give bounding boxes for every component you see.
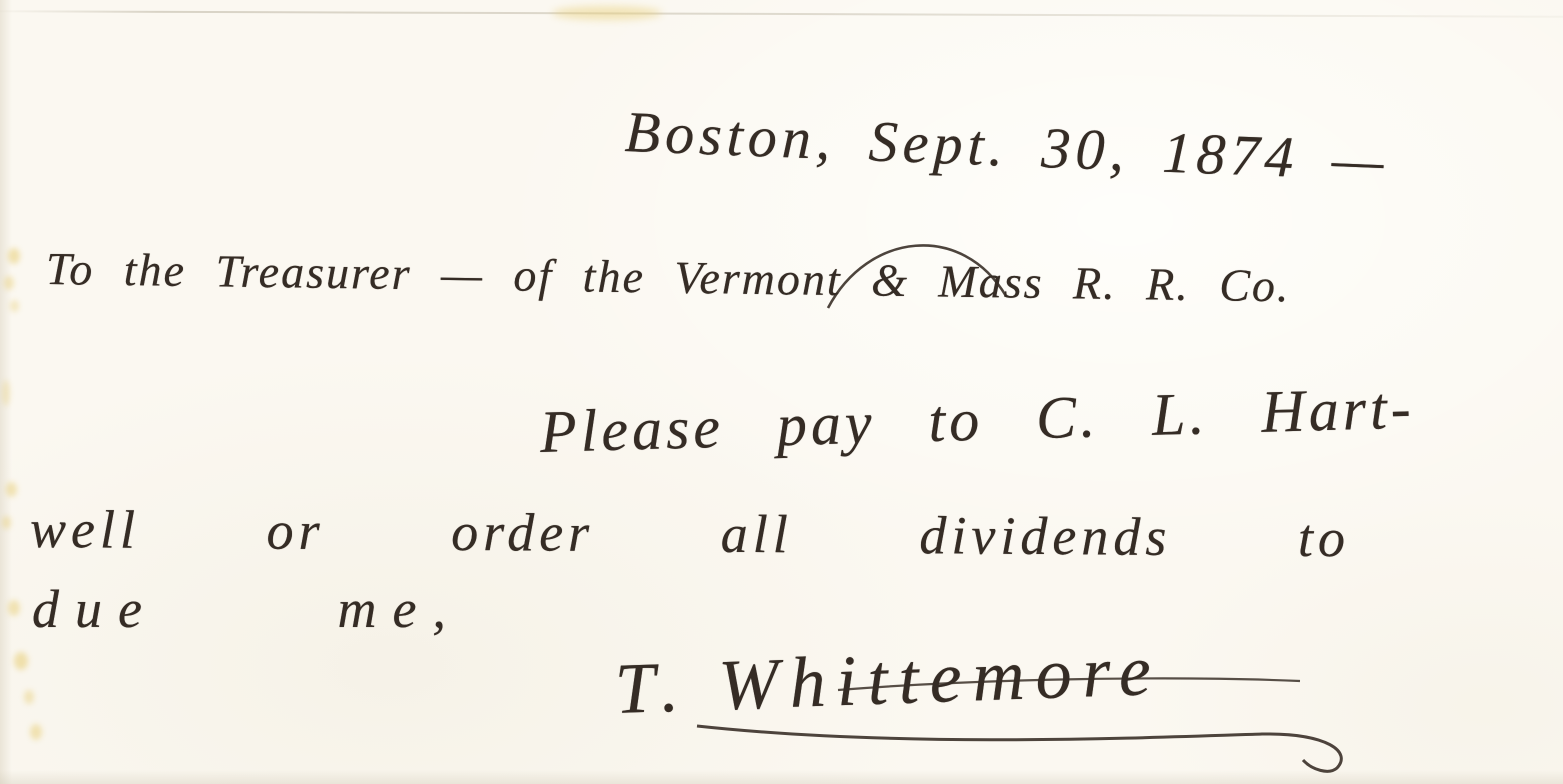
stain-mark xyxy=(552,6,662,20)
stain-mark xyxy=(8,248,20,264)
stain-mark xyxy=(30,724,42,740)
bottom-edge-shadow xyxy=(0,770,1563,784)
stain-mark xyxy=(2,380,10,406)
body-line-3: due me, xyxy=(32,578,462,640)
stain-mark xyxy=(6,482,17,497)
stain-mark xyxy=(4,276,14,290)
signature-text: T. Whittemore xyxy=(614,629,1164,731)
dateline-text: Boston, Sept. 30, 1874 — xyxy=(624,98,1390,194)
stain-mark xyxy=(10,300,19,312)
body-line-1: Please pay to C. L. Hart- xyxy=(539,374,1416,467)
addressee-line: To the Treasurer — of the Vermont & Mass… xyxy=(46,242,1291,312)
paper-fold-crease xyxy=(0,10,1563,17)
stain-mark xyxy=(8,600,20,616)
scanned-letter-page: Boston, Sept. 30, 1874 — To the Treasure… xyxy=(0,0,1563,784)
body-line-2: well or order all dividends to xyxy=(30,498,1350,569)
stain-mark xyxy=(24,690,34,704)
stain-mark xyxy=(14,652,28,670)
stain-mark xyxy=(2,516,11,529)
